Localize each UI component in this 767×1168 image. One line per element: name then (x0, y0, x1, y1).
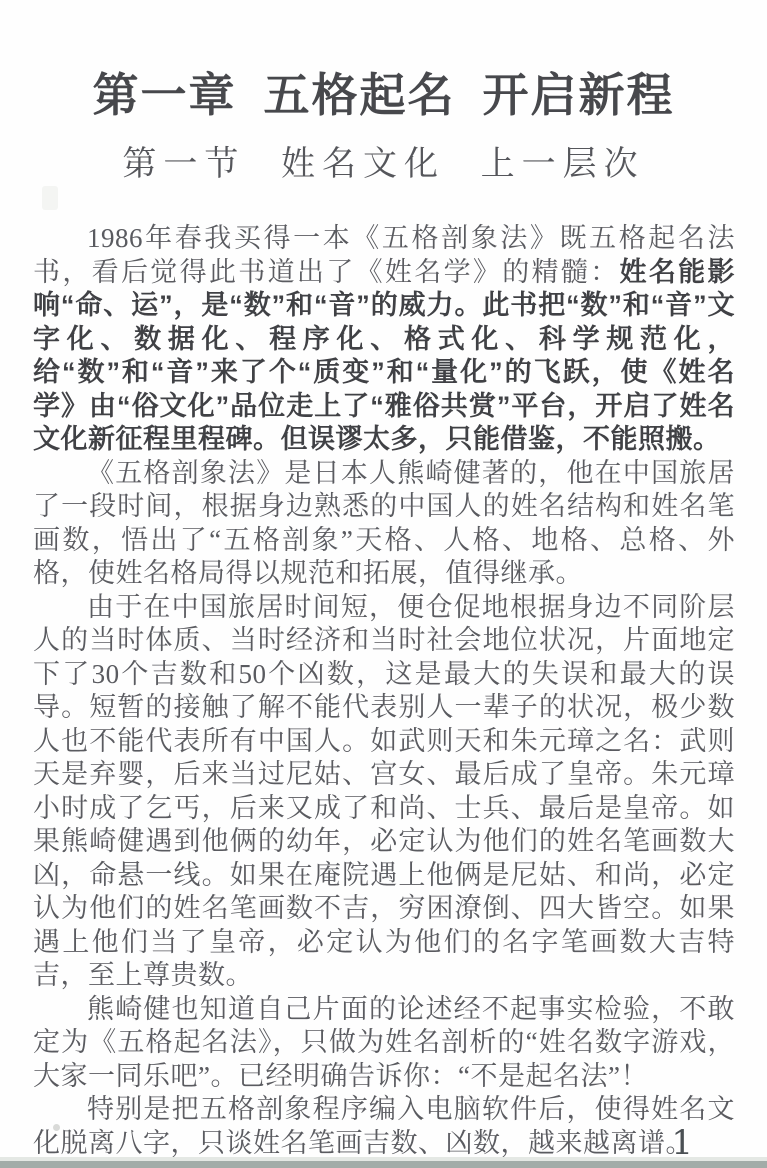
scanned-book-page: 第一章 五格起名 开启新程 第一节 姓名文化 上一层次 1986年春我买得一本《… (0, 0, 767, 1168)
text-segment-kai: 由于在中国旅居时间短，便仓促地根据身边不同阶层人的当时体质、当时经济和当时社会地… (33, 592, 735, 991)
body-text: 1986年春我买得一本《五格剖象法》既五格起名法书，看后觉得此书道出了《姓名学》… (33, 222, 735, 1160)
chapter-title: 第一章 五格起名 开启新程 (0, 0, 767, 122)
body-paragraph: 1986年春我买得一本《五格剖象法》既五格起名法书，看后觉得此书道出了《姓名学》… (33, 222, 735, 457)
text-segment-kai: 特别是把五格剖象程序编入电脑软件后，使得姓名文化脱离八字，只谈姓名笔画吉数、凶数… (33, 1094, 735, 1158)
text-segment-kai: 《五格剖象法》是日本人熊崎健著的，他在中国旅居了一段时间，根据身边熟悉的中国人的… (33, 458, 735, 589)
body-paragraph: 《五格剖象法》是日本人熊崎健著的，他在中国旅居了一段时间，根据身边熟悉的中国人的… (33, 457, 735, 591)
scan-edge-band (0, 1157, 767, 1168)
text-segment-kai: 熊崎健也知道自己片面的论述经不起事实检验，不敢定为《五格起名法》，只做为姓名剖析… (33, 994, 735, 1091)
body-paragraph: 熊崎健也知道自己片面的论述经不起事实检验，不敢定为《五格起名法》，只做为姓名剖析… (33, 993, 735, 1094)
scan-speck (53, 1124, 60, 1131)
scan-smudge (42, 186, 58, 210)
page-number: 1 (671, 1126, 693, 1160)
body-paragraph: 由于在中国旅居时间短，便仓促地根据身边不同阶层人的当时体质、当时经济和当时社会地… (33, 591, 735, 993)
section-title: 第一节 姓名文化 上一层次 (0, 122, 767, 183)
body-paragraph: 特别是把五格剖象程序编入电脑软件后，使得姓名文化脱离八字，只谈姓名笔画吉数、凶数… (33, 1093, 735, 1160)
